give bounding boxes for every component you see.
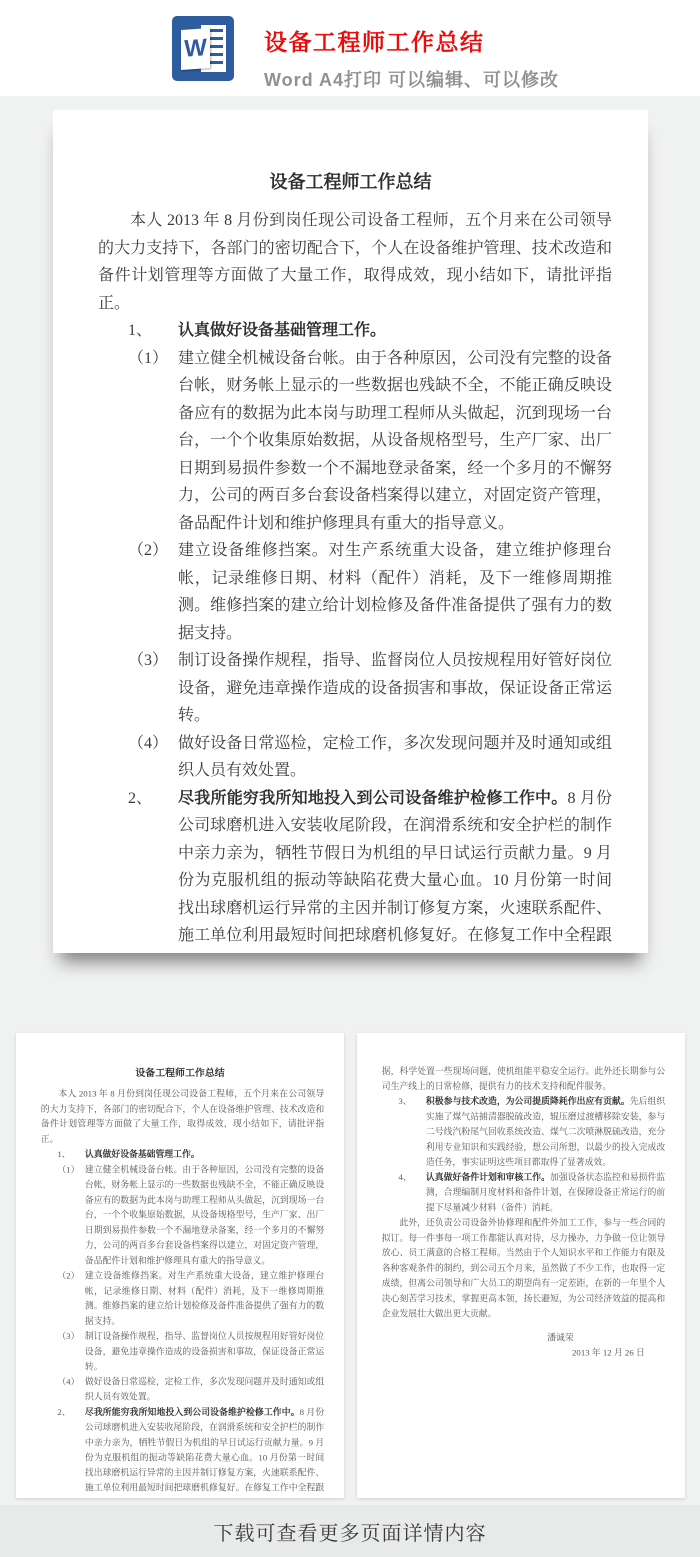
- document-page-2: 据，科学处置一些现场问题，使机组能平稳安全运行。此外还长期参与公司生产线上的日常…: [357, 1033, 685, 1498]
- document-page-1: 设备工程师工作总结 本人 2013 年 8 月份到岗任现公司设备工程师，五个月来…: [53, 110, 648, 953]
- doc-list-item-2: 2、尽我所能穷我所知地投入到公司设备维护检修工作中。8 月份公司球磨机进入安装收…: [41, 1405, 324, 1498]
- item-text: 建立设备维修挡案。对生产系统重大设备，建立维护修理台帐，记录维修日期、材料（配件…: [85, 1271, 324, 1326]
- page-thumbnails-row: 设备工程师工作总结 本人 2013 年 8 月份到岗任现公司设备工程师，五个月来…: [16, 1033, 685, 1498]
- doc-list-item-1: 1、认真做好设备基础管理工作。: [98, 317, 612, 345]
- item-text: 制订设备操作规程，指导、监督岗位人员按规程用好管好岗位设备，避免违章操作造成的设…: [178, 652, 612, 724]
- page-1-thumbnail-content: 设备工程师工作总结 本人 2013 年 8 月份到岗任现公司设备工程师，五个月来…: [16, 1033, 344, 1498]
- item-text: 建立健全机械设备台帐。由于各种原因，公司没有完整的设备台帐，财务帐上显示的一些数…: [178, 350, 612, 532]
- item-text: 建立设备维修挡案。对生产系统重大设备，建立维护修理台帐，记录维修日期、材料（配件…: [178, 542, 612, 642]
- doc-list-item-1-4: （4）做好设备日常巡检，定检工作，多次发现问题并及时通知或组织人员有效处置。: [98, 730, 612, 785]
- header-subtitle: Word A4打印 可以编辑、可以修改: [264, 66, 559, 92]
- item-heading: 认真做好设备基础管理工作。: [178, 322, 386, 339]
- doc-intro-paragraph: 本人 2013 年 8 月份到岗任现公司设备工程师，五个月来在公司领导的大力支持…: [41, 1086, 324, 1147]
- doc-list-item-1-1: （1）建立健全机械设备台帐。由于各种原因，公司没有完整的设备台帐，财务帐上显示的…: [41, 1162, 324, 1268]
- item-number: （2）: [57, 1268, 79, 1283]
- footer-note: 下载可查看更多页面详情内容: [214, 1517, 487, 1546]
- doc-list-item-1-3: （3）制订设备操作规程，指导、监督岗位人员按规程用好管好岗位设备，避免违章操作造…: [98, 647, 612, 730]
- doc-list-item-1-3: （3）制订设备操作规程，指导、监督岗位人员按规程用好管好岗位设备，避免违章操作造…: [41, 1329, 324, 1374]
- item-heading: 认真做好设备基础管理工作。: [85, 1150, 200, 1159]
- item-number: 1、: [57, 1147, 70, 1162]
- doc-list-item-2: 2、尽我所能穷我所知地投入到公司设备维护检修工作中。8 月份公司球磨机进入安装收…: [98, 785, 612, 954]
- doc-intro-paragraph: 本人 2013 年 8 月份到岗任现公司设备工程师，五个月来在公司领导的大力支持…: [98, 207, 612, 317]
- item-number: 4、: [398, 1170, 411, 1185]
- doc-list-item-1-4: （4）做好设备日常巡检，定检工作，多次发现问题并及时通知或组织人员有效处置。: [41, 1375, 324, 1405]
- document-title: 设备工程师工作总结: [16, 1033, 344, 1079]
- doc-list-item-1-1: （1）建立健全机械设备台帐。由于各种原因，公司没有完整的设备台帐，财务帐上显示的…: [98, 345, 612, 538]
- word-icon-front-page: W: [181, 28, 210, 70]
- footer-bar: 下载可查看更多页面详情内容: [0, 1505, 700, 1557]
- item-text: 做好设备日常巡检，定检工作，多次发现问题并及时通知或组织人员有效处置。: [85, 1377, 324, 1402]
- item-number: （1）: [57, 1162, 79, 1177]
- item-number: 3、: [398, 1094, 411, 1109]
- item-heading: 积极参与技术改造，为公司提质降耗作出应有贡献。: [426, 1097, 630, 1106]
- item-number: （1）: [128, 345, 168, 373]
- item-heading: 认真做好备件计划和审核工作。: [426, 1173, 550, 1182]
- item-number: 1、: [128, 317, 152, 345]
- item-number: （3）: [57, 1329, 79, 1344]
- document-body: 据，科学处置一些现场问题，使机组能平稳安全运行。此外还长期参与公司生产线上的日常…: [357, 1033, 685, 1361]
- item-text: 先后组织实施了煤气站捕清器脱硫改造，辊压磨过渡槽移除安装，参与二号线汽粉尾气回收…: [426, 1097, 665, 1167]
- doc-list-item-1-2: （2）建立设备维修挡案。对生产系统重大设备，建立维护修理台帐，记录维修日期、材料…: [98, 537, 612, 647]
- item-number: （4）: [57, 1375, 79, 1390]
- word-icon: W: [172, 16, 234, 81]
- page-2-thumbnail-content: 据，科学处置一些现场问题，使机组能平稳安全运行。此外还长期参与公司生产线上的日常…: [357, 1033, 685, 1498]
- doc-list-item-4: 4、认真做好备件计划和审核工作。加强设备状态监控和易损件监测，合理编制月度材料和…: [382, 1170, 665, 1215]
- header: W 设备工程师工作总结 Word A4打印 可以编辑、可以修改: [0, 0, 700, 96]
- item-heading: 尽我所能穷我所知地投入到公司设备维护检修工作中。: [85, 1408, 300, 1417]
- document-preview-page: W 设备工程师工作总结 Word A4打印 可以编辑、可以修改 设备工程师工作总…: [0, 0, 700, 1557]
- item-number: 2、: [128, 785, 152, 813]
- signature-date: 2013 年 12 月 26 日: [382, 1346, 665, 1361]
- item-text: 建立健全机械设备台帐。由于各种原因，公司没有完整的设备台帐，财务帐上显示的一些数…: [85, 1165, 324, 1265]
- doc-continuation-paragraph: 据，科学处置一些现场问题，使机组能平稳安全运行。此外还长期参与公司生产线上的日常…: [382, 1064, 665, 1094]
- page-2-thumbnail[interactable]: 据，科学处置一些现场问题，使机组能平稳安全运行。此外还长期参与公司生产线上的日常…: [357, 1033, 685, 1498]
- item-heading: 尽我所能穷我所知地投入到公司设备维护检修工作中。: [178, 790, 568, 807]
- item-text: 做好设备日常巡检，定检工作，多次发现问题并及时通知或组织人员有效处置。: [178, 735, 612, 780]
- item-number: （4）: [128, 730, 168, 758]
- document-title: 设备工程师工作总结: [53, 110, 648, 194]
- document-page-1: 设备工程师工作总结 本人 2013 年 8 月份到岗任现公司设备工程师，五个月来…: [16, 1033, 344, 1498]
- item-text: 8 月份公司球磨机进入安装收尾阶段，在润滑系统和安全护栏的制作中亲力亲为，牺牲节…: [178, 790, 612, 954]
- document-body: 本人 2013 年 8 月份到岗任现公司设备工程师，五个月来在公司领导的大力支持…: [16, 1079, 344, 1497]
- item-text: 8 月份公司球磨机进入安装收尾阶段，在润滑系统和安全护栏的制作中亲力亲为，牺牲节…: [85, 1408, 324, 1498]
- doc-list-item-1-2: （2）建立设备维修挡案。对生产系统重大设备，建立维护修理台帐，记录维修日期、材料…: [41, 1268, 324, 1329]
- item-number: （3）: [128, 647, 168, 675]
- header-text: 设备工程师工作总结 Word A4打印 可以编辑、可以修改: [264, 24, 559, 92]
- doc-list-item-3: 3、积极参与技术改造，为公司提质降耗作出应有贡献。先后组织实施了煤气站捕清器脱硫…: [382, 1094, 665, 1170]
- item-number: （2）: [128, 537, 168, 565]
- word-icon-letter: W: [184, 36, 207, 62]
- signature-name: 潘诚荣: [382, 1330, 665, 1345]
- page-1-thumbnail[interactable]: 设备工程师工作总结 本人 2013 年 8 月份到岗任现公司设备工程师，五个月来…: [16, 1033, 344, 1498]
- document-body: 本人 2013 年 8 月份到岗任现公司设备工程师，五个月来在公司领导的大力支持…: [53, 194, 648, 953]
- item-number: 2、: [57, 1405, 70, 1420]
- doc-list-item-1: 1、认真做好设备基础管理工作。: [41, 1147, 324, 1162]
- item-text: 制订设备操作规程，指导、监督岗位人员按规程用好管好岗位设备，避免违章操作造成的设…: [85, 1332, 324, 1372]
- page-title: 设备工程师工作总结: [264, 24, 559, 57]
- doc-closing-paragraph: 此外，还负责公司设备外协修理和配件外加工工作，参与一些合同的拟订。每一件事每一项…: [382, 1215, 665, 1321]
